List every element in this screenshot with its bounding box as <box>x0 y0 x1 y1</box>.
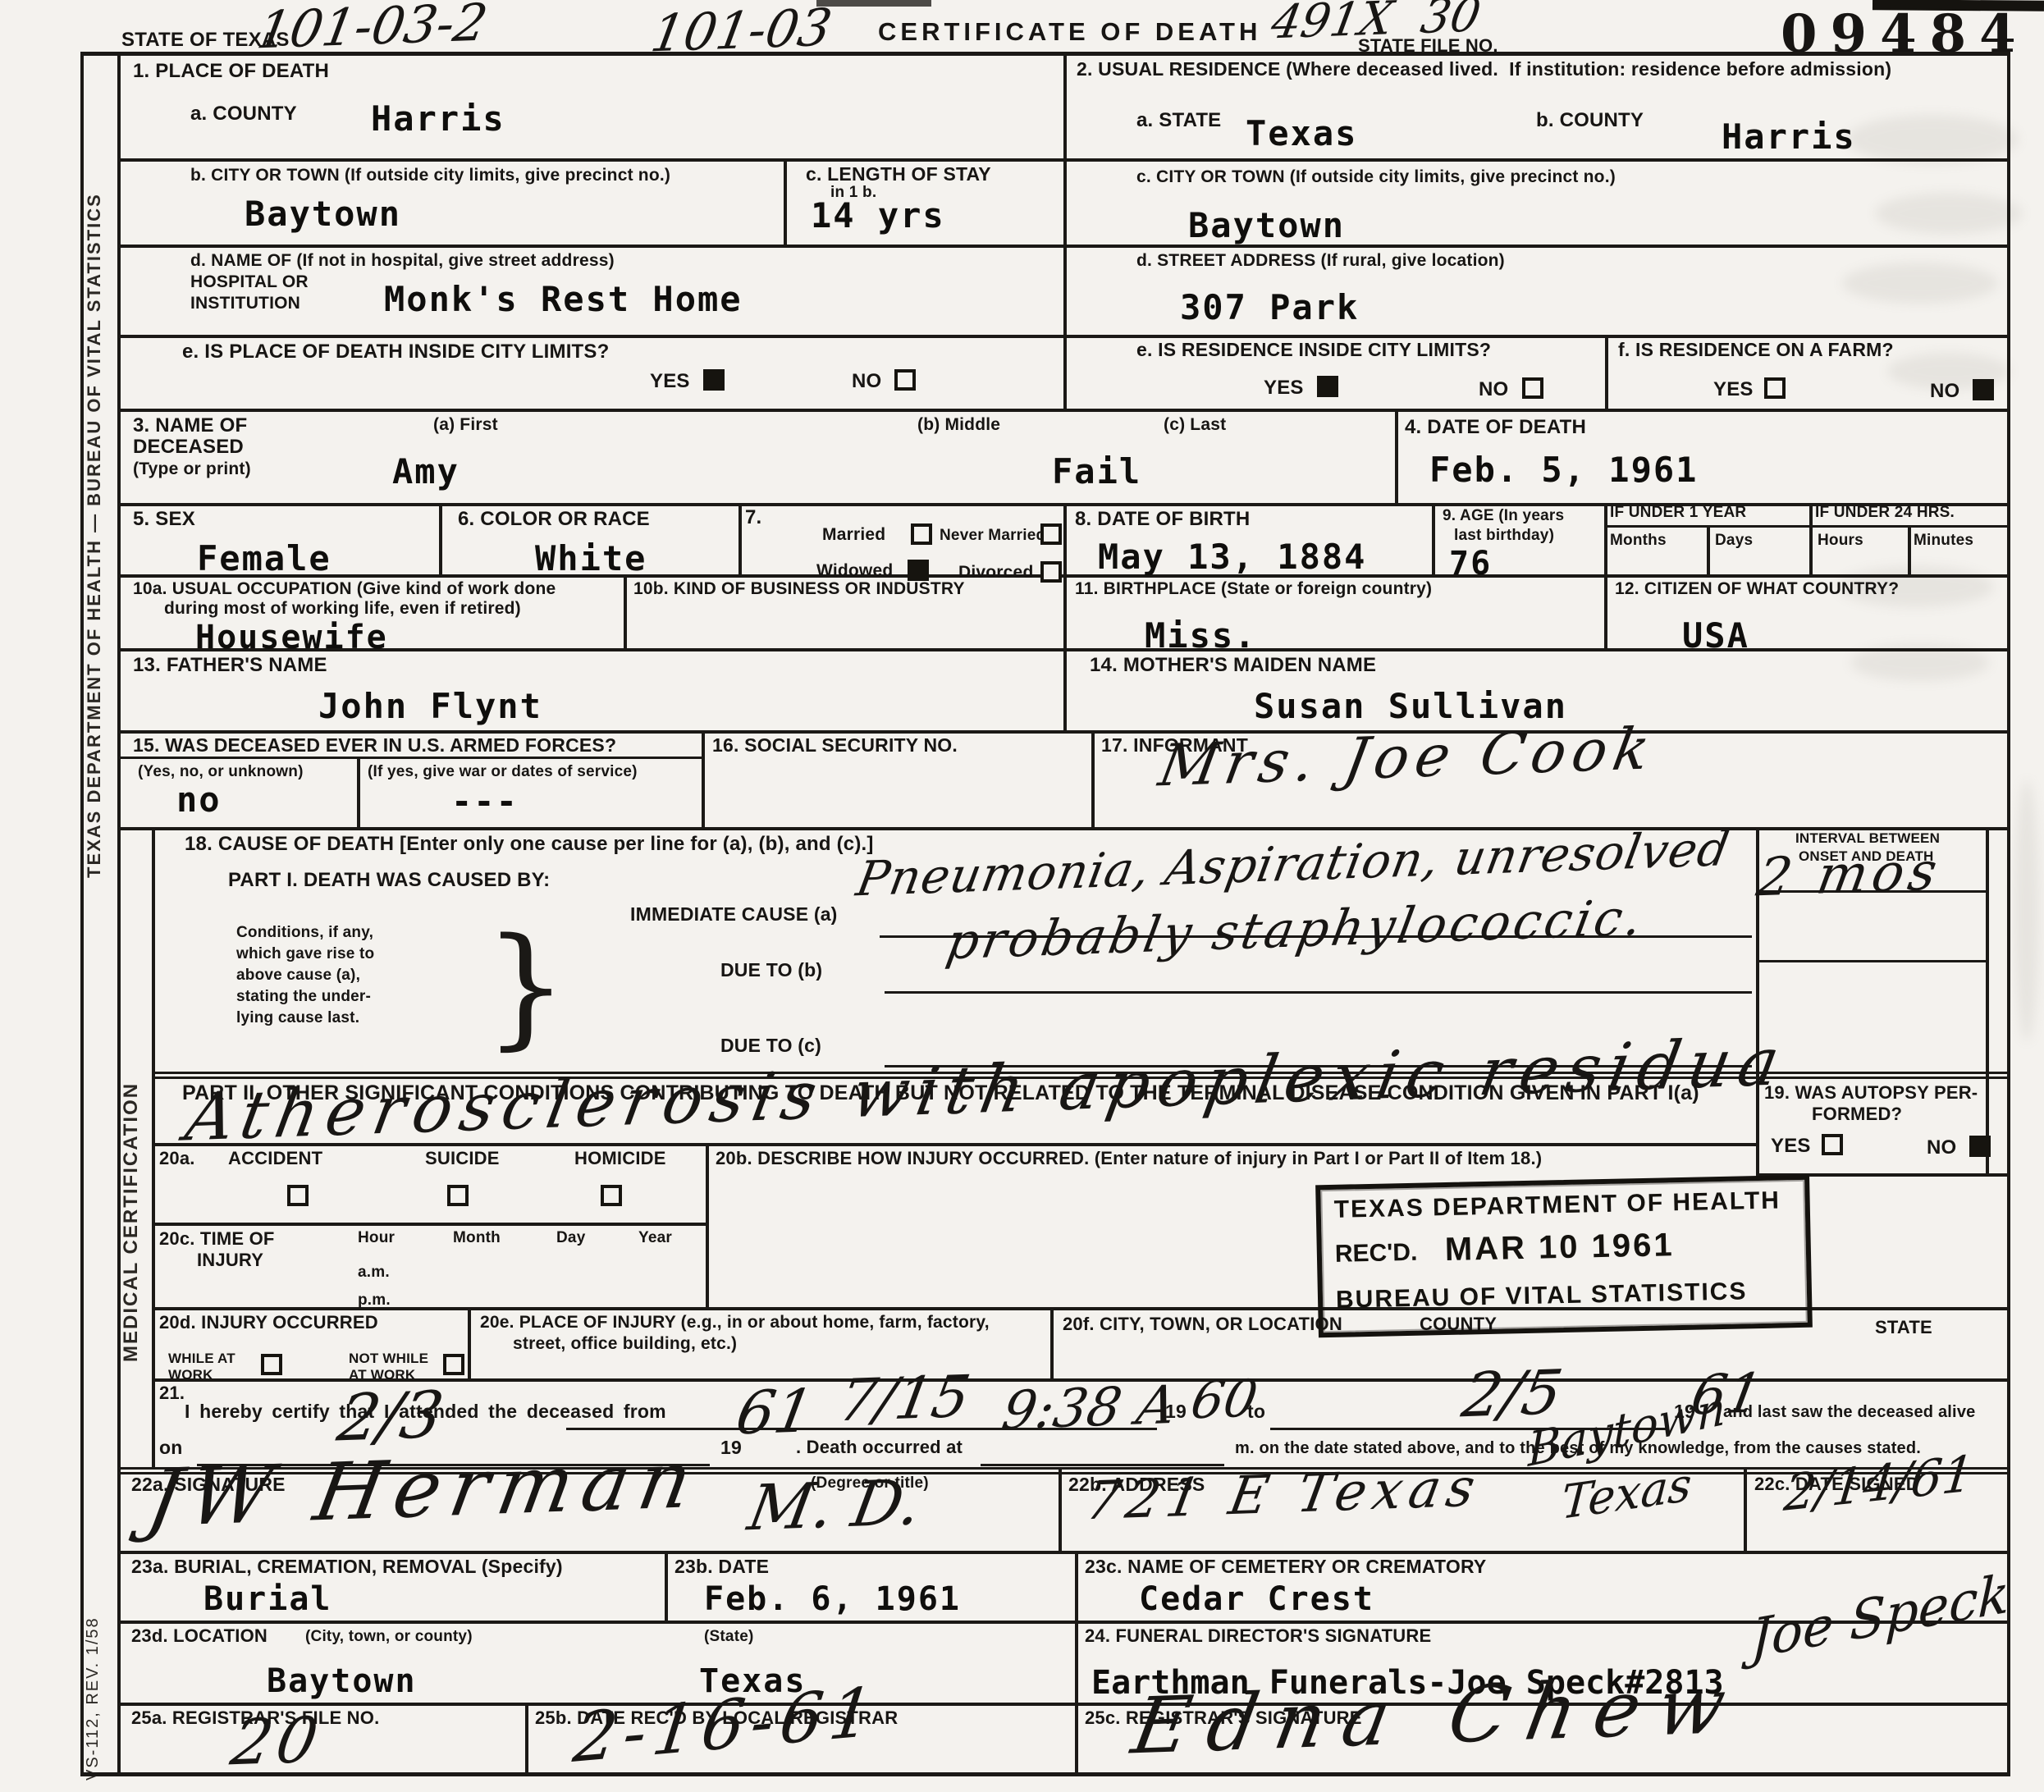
occupation-label-2: during most of working life, even if ret… <box>164 599 521 619</box>
social-security-label: 16. SOCIAL SECURITY NO. <box>712 735 958 757</box>
residence-state-label: a. STATE <box>1136 110 1221 132</box>
divider <box>784 158 787 245</box>
form-number-label: VS-112, REV. 1/58 <box>84 1584 117 1781</box>
state-sublabel: (State) <box>704 1628 754 1645</box>
conditions-note-5: lying cause last. <box>236 1009 359 1026</box>
divider <box>117 757 702 759</box>
while-at-work-label-2: WORK <box>168 1367 213 1383</box>
if-under-24-hrs-label: IF UNDER 24 HRS. <box>1815 504 1955 521</box>
due-to-c-label: DUE TO (c) <box>720 1035 821 1057</box>
burial-date-label: 23b. DATE <box>674 1557 769 1578</box>
homicide-label: HOMICIDE <box>574 1149 666 1169</box>
divider <box>702 730 705 827</box>
citizen-label: 12. CITIZEN OF WHAT COUNTRY? <box>1615 579 1899 599</box>
death-inside-city-limits-label: e. IS PLACE OF DEATH INSIDE CITY LIMITS? <box>182 341 609 363</box>
divorced-label: Divorced <box>958 563 1033 583</box>
date-of-birth-label: 8. DATE OF BIRTH <box>1075 509 1250 531</box>
age-label-2: last birthday) <box>1454 527 1554 544</box>
place-of-injury-label-1: 20e. PLACE OF INJURY (e.g., in or about … <box>480 1313 990 1333</box>
divider <box>117 1551 2010 1554</box>
sex-label: 5. SEX <box>133 509 195 531</box>
divider <box>80 1772 2010 1776</box>
street-address-value: 307 Park <box>1180 287 1359 327</box>
institution-label-1: d. NAME OF (If not in hospital, give str… <box>190 251 615 271</box>
checkbox-never-married <box>1040 523 1062 545</box>
yes-label: YES <box>1264 377 1304 400</box>
residence-state-value: Texas <box>1246 113 1357 153</box>
checkbox-autopsy-no <box>1969 1136 1991 1157</box>
registrar-signature: Edna Chew <box>1127 1667 1749 1767</box>
conditions-note-3: above cause (a), <box>236 967 360 984</box>
type-or-print-label: (Type or print) <box>133 459 251 479</box>
injury-occurred-label: 20d. INJURY OCCURRED <box>159 1313 378 1333</box>
burial-date-value: Feb. 6, 1961 <box>704 1580 961 1618</box>
divider <box>1744 1467 1747 1551</box>
divider <box>117 409 2010 412</box>
marital-status-label: 7. <box>745 507 761 529</box>
city-or-town-label: b. CITY OR TOWN (If outside city limits,… <box>190 166 670 185</box>
yes-label: YES <box>650 371 690 393</box>
cause-of-death-label: 18. CAUSE OF DEATH [Enter only one cause… <box>185 834 874 856</box>
death-time-handwriting: 9:38 A <box>999 1379 1181 1438</box>
divider <box>738 503 742 574</box>
armed-forces-sublabel-1: (Yes, no, or unknown) <box>138 763 304 780</box>
checkbox-farm-no <box>1973 379 1994 400</box>
city-value: Baytown <box>245 194 401 234</box>
armed-forces-service-value: --- <box>451 781 519 821</box>
no-label: NO <box>1479 379 1508 401</box>
institution-label-2: HOSPITAL OR <box>190 272 309 292</box>
part2-handwriting: Atherosclerosis with apoplexic residua <box>181 1029 1792 1151</box>
autopsy-label-1: 19. WAS AUTOPSY PER- <box>1764 1083 1978 1104</box>
residence-city-label: c. CITY OR TOWN (If outside city limits,… <box>1136 167 1616 187</box>
city-town-location-label: 20f. CITY, TOWN, OR LOCATION <box>1063 1314 1342 1335</box>
no-label: NO <box>1927 1137 1956 1159</box>
certify-text-2: and last saw the deceased alive <box>1723 1403 1975 1421</box>
funeral-director-signature: Joe Speck <box>1750 1567 2010 1666</box>
interval-handwriting: 2 mos <box>1754 845 1946 904</box>
armed-forces-label: 15. WAS DECEASED EVER IN U.S. ARMED FORC… <box>133 735 616 757</box>
day-label: Day <box>556 1229 585 1246</box>
months-label: Months <box>1610 532 1667 549</box>
residence-county-value: Harris <box>1722 117 1856 157</box>
birthplace-label: 11. BIRTHPLACE (State or foreign country… <box>1075 579 1432 599</box>
conditions-note-2: which gave rise to <box>236 945 374 962</box>
underline <box>885 991 1752 994</box>
armed-forces-value: no <box>176 779 222 820</box>
length-of-stay-value: 14 yrs <box>811 195 945 235</box>
not-while-at-work-label-1: NOT WHILE <box>349 1351 428 1366</box>
usual-residence-title: 2. USUAL RESIDENCE (Where deceased lived… <box>1077 59 1891 80</box>
divider <box>1075 1551 1078 1774</box>
am-label: a.m. <box>358 1264 390 1281</box>
divider <box>1604 503 1607 574</box>
due-to-b-label: DUE TO (b) <box>720 960 822 981</box>
brace-glyph: } <box>484 909 568 1063</box>
last-alive-year: 61 <box>732 1381 817 1443</box>
sidebar-medical-certification-label: MEDICAL CERTIFICATION <box>120 870 151 1362</box>
registrar-file-no-value: 20 <box>227 1708 327 1774</box>
first-name-value: Amy <box>392 451 460 491</box>
checkbox-not-while-at-work <box>443 1354 464 1375</box>
accident-row-number: 20a. <box>159 1149 195 1169</box>
checkbox-divorced <box>1040 561 1062 583</box>
bleed-through <box>1846 115 2019 164</box>
place-of-death-title: 1. PLACE OF DEATH <box>133 61 329 83</box>
burial-location-label: 23d. LOCATION <box>131 1626 268 1647</box>
time-of-injury-label-1: 20c. TIME OF <box>159 1229 275 1250</box>
fathers-name-label: 13. FATHER'S NAME <box>133 655 327 677</box>
handwritten-code-1: 101-03-2 <box>254 0 491 56</box>
due-to-b-handwriting: probably staphylococcic. <box>943 893 1648 967</box>
sidebar-department-label: TEXAS DEPARTMENT OF HEALTH — BUREAU OF V… <box>84 139 117 878</box>
place-of-injury-label-2: street, office building, etc.) <box>513 1334 737 1354</box>
checkbox-accident <box>287 1185 309 1206</box>
immediate-cause-label: IMMEDIATE CAUSE (a) <box>630 904 838 926</box>
divider <box>1063 503 1067 730</box>
checkbox-homicide <box>601 1185 622 1206</box>
mothers-maiden-name-label: 14. MOTHER'S MAIDEN NAME <box>1090 655 1376 677</box>
divider <box>357 757 360 827</box>
while-at-work-label-1: WHILE AT <box>168 1351 235 1366</box>
no-label: NO <box>852 371 881 393</box>
burial-cremation-label: 23a. BURIAL, CREMATION, REMOVAL (Specify… <box>131 1557 563 1578</box>
name-of-deceased-label-2: DECEASED <box>133 437 244 459</box>
occupation-value: Housewife <box>195 619 388 656</box>
conditions-note-1: Conditions, if any, <box>236 924 373 941</box>
cemetery-value: Cedar Crest <box>1139 1580 1374 1618</box>
autopsy-label-2: FORMED? <box>1812 1104 1902 1125</box>
divider <box>1050 1307 1054 1378</box>
divider <box>1395 409 1398 503</box>
suicide-label: SUICIDE <box>425 1149 500 1169</box>
yes-label: YES <box>1771 1136 1811 1158</box>
birthplace-value: Miss. <box>1145 615 1256 656</box>
stamp-recd-label: REC'D. <box>1335 1239 1418 1269</box>
days-label: Days <box>1715 532 1753 549</box>
divider <box>1091 730 1095 827</box>
month-label: Month <box>453 1229 501 1246</box>
last-alive-date: 2/3 <box>333 1383 447 1451</box>
divider <box>152 1223 706 1226</box>
residence-county-label: b. COUNTY <box>1536 110 1644 132</box>
divider <box>1063 52 1067 409</box>
state-column-label: STATE <box>1875 1318 1932 1338</box>
certify-row-number: 21. <box>159 1383 185 1404</box>
burial-value: Burial <box>203 1580 332 1618</box>
divider <box>117 730 2010 734</box>
hour-label: Hour <box>358 1229 395 1246</box>
divider <box>117 52 121 1775</box>
divider <box>1604 525 2007 528</box>
physician-signature: JW Herman <box>142 1440 707 1538</box>
citizen-value: USA <box>1682 615 1749 656</box>
divider <box>525 1703 528 1774</box>
checkbox-death-inside-city-no <box>894 369 916 391</box>
certificate-title: CERTIFICATE OF DEATH <box>878 18 1261 47</box>
divider <box>706 1143 709 1307</box>
underline <box>981 1464 1224 1466</box>
divider <box>80 52 2010 56</box>
divider <box>1809 503 1813 574</box>
death-certificate-scan: STATE OF TEXAS 101-03-2 101-03 CERTIFICA… <box>0 0 2044 1792</box>
widowed-label: Widowed <box>816 561 893 581</box>
checkbox-widowed <box>908 560 929 581</box>
time-of-injury-label-2: INJURY <box>197 1250 263 1271</box>
funeral-director-label: 24. FUNERAL DIRECTOR'S SIGNATURE <box>1085 1626 1431 1647</box>
bleed-through <box>2014 779 2039 1042</box>
married-label: Married <box>822 525 885 545</box>
stamp-date: MAR 10 1961 <box>1444 1227 1675 1269</box>
residence-on-farm-label: f. IS RESIDENCE ON A FARM? <box>1618 340 1894 361</box>
date-of-birth-value: May 13, 1884 <box>1098 537 1366 577</box>
occupation-label-1: 10a. USUAL OCCUPATION (Give kind of work… <box>133 579 556 599</box>
conditions-note-4: stating the under- <box>236 988 371 1005</box>
pm-label: p.m. <box>358 1291 391 1309</box>
color-or-race-value: White <box>535 538 647 578</box>
yes-label: YES <box>1713 379 1754 401</box>
length-of-stay-label: c. LENGTH OF STAY <box>806 164 991 185</box>
received-stamp: TEXAS DEPARTMENT OF HEALTH REC'D. MAR 10… <box>1315 1175 1813 1338</box>
part1-label: PART I. DEATH WAS CAUSED BY: <box>228 870 550 892</box>
middle-name-label: (b) Middle <box>917 415 1000 435</box>
name-of-deceased-label-1: 3. NAME OF <box>133 415 247 437</box>
age-label-1: 9. AGE (In years <box>1443 507 1564 524</box>
color-or-race-label: 6. COLOR OR RACE <box>458 509 650 531</box>
divider <box>1059 1467 1062 1551</box>
first-name-label: (a) First <box>433 415 498 435</box>
divider <box>468 1307 471 1378</box>
divider <box>439 503 442 574</box>
checkbox-suicide <box>447 1185 469 1206</box>
date-of-death-label: 4. DATE OF DEATH <box>1405 417 1586 439</box>
armed-forces-sublabel-2: (If yes, give war or dates of service) <box>368 763 638 780</box>
divider <box>1707 525 1710 574</box>
city-town-county-sublabel: (City, town, or county) <box>305 1628 473 1645</box>
county-label: a. COUNTY <box>190 103 297 126</box>
accident-label: ACCIDENT <box>228 1149 322 1169</box>
hours-label: Hours <box>1818 532 1863 549</box>
date-signed-handwriting: 2/14/61 <box>1782 1449 1976 1519</box>
handwritten-code-2: 101-03 <box>647 2 835 59</box>
checkbox-residence-inside-city-yes <box>1317 376 1338 397</box>
checkbox-autopsy-yes <box>1822 1134 1843 1155</box>
residence-inside-city-label: e. IS RESIDENCE INSIDE CITY LIMITS? <box>1136 340 1491 361</box>
informant-signature: Mrs. Joe Cook <box>1155 720 1661 795</box>
stamp-line-1: TEXAS DEPARTMENT OF HEALTH <box>1333 1186 1781 1223</box>
year-label: Year <box>638 1229 672 1246</box>
business-industry-label: 10b. KIND OF BUSINESS OR INDUSTRY <box>633 579 965 599</box>
minutes-label: Minutes <box>1914 532 1973 549</box>
checkbox-while-at-work <box>261 1354 282 1375</box>
checkbox-farm-yes <box>1764 377 1786 399</box>
burial-city-value: Baytown <box>267 1662 417 1700</box>
bleed-through <box>1842 263 1998 304</box>
institution-value: Monk's Rest Home <box>384 279 743 319</box>
date-recd-value: 2-16-61 <box>570 1679 883 1774</box>
institution-label-3: INSTITUTION <box>190 294 300 313</box>
divider <box>1756 960 1986 962</box>
county-value: Harris <box>371 98 505 139</box>
describe-injury-label: 20b. DESCRIBE HOW INJURY OCCURRED. (Ente… <box>716 1149 1542 1169</box>
address-handwriting: 721 E Texas <box>1082 1461 1485 1528</box>
checkbox-death-inside-city-yes <box>703 369 725 391</box>
divider <box>1908 525 1911 574</box>
divider <box>80 52 84 1775</box>
divider <box>117 1621 2010 1624</box>
bleed-through <box>1875 193 2023 234</box>
residence-city-value: Baytown <box>1188 205 1345 245</box>
divider <box>2007 52 2010 1775</box>
certify-text-3: . Death occurred at <box>796 1438 963 1458</box>
if-under-1-year-label: IF UNDER 1 YEAR <box>1610 504 1746 521</box>
date-of-death-value: Feb. 5, 1961 <box>1429 450 1698 490</box>
sex-value: Female <box>197 538 332 578</box>
attended-to-date: 2/5 <box>1458 1362 1566 1427</box>
divider <box>1604 574 1607 648</box>
divider <box>1432 503 1435 574</box>
attended-from-date: 7/15 <box>835 1368 975 1430</box>
never-married-label: Never Married <box>940 527 1045 544</box>
physician-degree-handwriting: M. D. <box>744 1471 926 1540</box>
fathers-name-value: John Flynt <box>318 686 542 726</box>
age-value: 76 <box>1449 545 1492 583</box>
divider <box>665 1551 668 1621</box>
last-name-label: (c) Last <box>1164 415 1226 435</box>
checkbox-married <box>911 523 932 545</box>
checkbox-residence-inside-city-no <box>1522 377 1543 399</box>
divider <box>1605 335 1608 409</box>
cemetery-label: 23c. NAME OF CEMETERY OR CREMATORY <box>1085 1557 1486 1578</box>
street-address-label: d. STREET ADDRESS (If rural, give locati… <box>1136 251 1505 271</box>
certify-text-to: to <box>1247 1401 1265 1423</box>
no-label: NO <box>1930 381 1959 403</box>
stamp-line-3: BUREAU OF VITAL STATISTICS <box>1336 1278 1748 1314</box>
divider <box>624 574 627 648</box>
last-name-value: Fail <box>1052 451 1141 491</box>
divider <box>152 827 155 1469</box>
divider <box>1986 827 1989 1173</box>
